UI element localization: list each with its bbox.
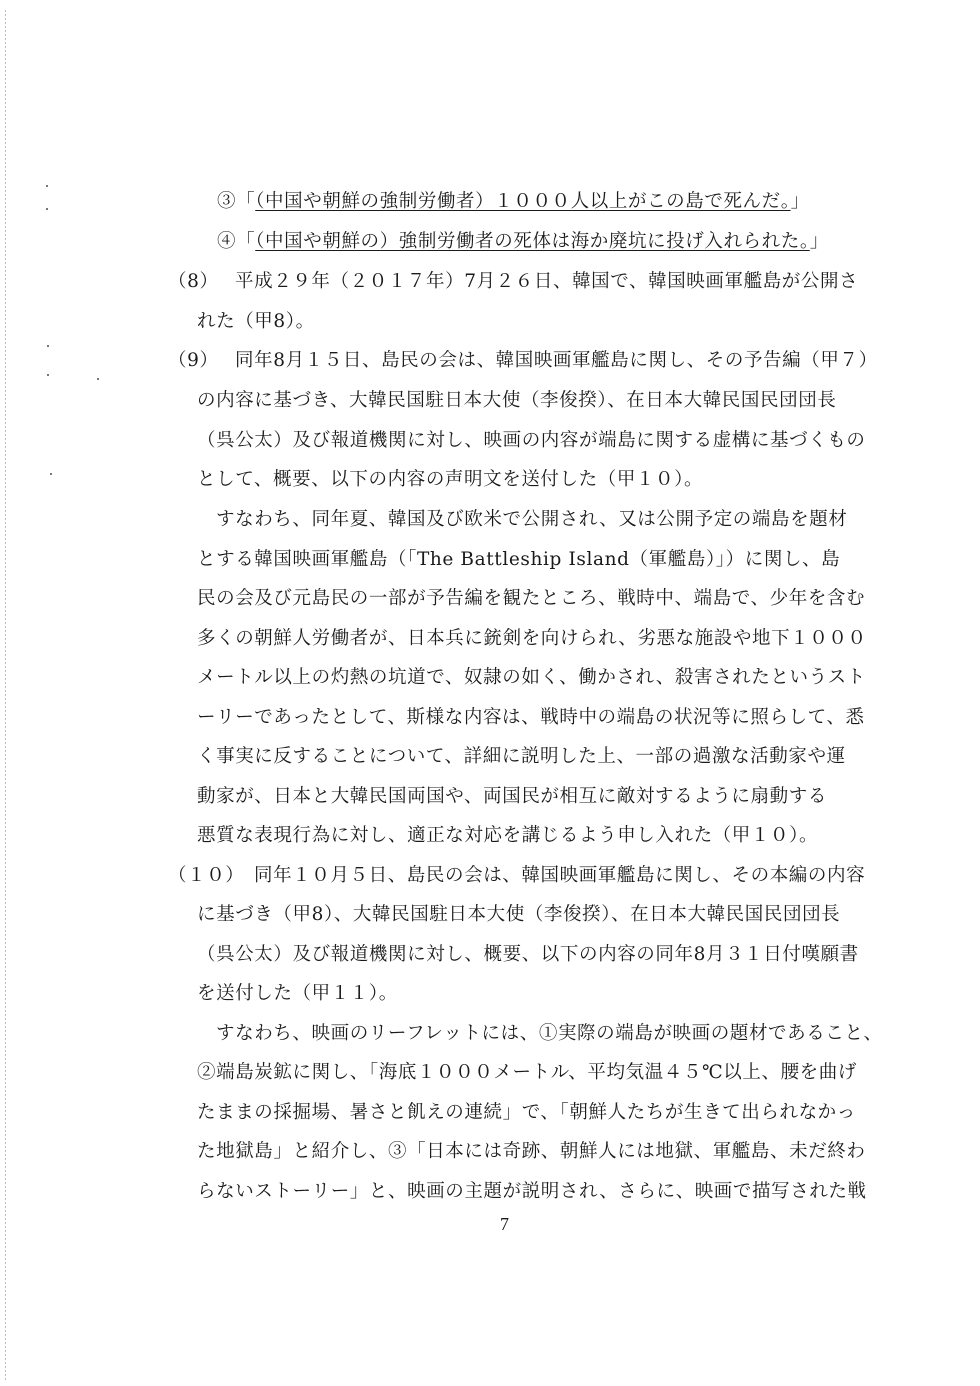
section-9-paragraph-line: とする韓国映画軍艦島（「The Battleship Island（軍艦島）」）… — [197, 548, 840, 572]
quoted-item-marker: ③「 — [217, 191, 255, 212]
section-10-line: （呉公太）及び報道機関に対し、概要、以下の内容の同年8月３１日付嘆願書 — [197, 943, 859, 967]
quoted-item-close: 」 — [791, 191, 810, 212]
quoted-item-text: （中国や朝鮮の）強制労働者の死体は海か廃坑に投げ入れられた。 — [255, 231, 810, 252]
section-10-line: を送付した（甲１１）。 — [197, 982, 398, 1006]
scan-speck — [97, 378, 99, 380]
section-10-line: 同年１０月５日、島民の会は、韓国映画軍艦島に関し、その本編の内容 — [254, 864, 865, 888]
section-9-line: （呉公太）及び報道機関に対し、映画の内容が端島に関する虚構に基づくもの — [197, 429, 866, 453]
quoted-item-3: ③「（中国や朝鮮の強制労働者）１０００人以上がこの島で死んだ。」 — [217, 190, 810, 214]
section-10-paragraph-line: ②端島炭鉱に関し、「海底１０００メートル、平均気温４５℃以上、腰を曲げ — [197, 1061, 857, 1085]
quoted-item-text: （中国や朝鮮の強制労働者）１０００人以上がこの島で死んだ。 — [255, 191, 790, 212]
section-9-line: の内容に基づき、大韓民国駐日本大使（李俊揆）、在日本大韓民国民団団長 — [197, 389, 836, 413]
section-9-paragraph-line: 民の会及び元島民の一部が予告編を観たところ、戦時中、端島で、少年を含む — [197, 587, 865, 611]
quoted-item-close: 」 — [810, 231, 829, 252]
section-9-line: として、概要、以下の内容の声明文を送付した（甲１０）。 — [197, 468, 703, 492]
document-page: ③「（中国や朝鮮の強制労働者）１０００人以上がこの島で死んだ。」 ④「（中国や朝… — [0, 0, 980, 1386]
section-10-paragraph-line: た地獄島」と紹介し、③「日本には奇跡、朝鮮人には地獄、軍艦島、未だ終わ — [197, 1140, 866, 1164]
section-9-paragraph-line: すなわち、同年夏、韓国及び欧米で公開され、又は公開予定の端島を題材 — [216, 508, 847, 532]
section-10-paragraph-line: すなわち、映画のリーフレットには、①実際の端島が映画の題材であること、 — [216, 1022, 883, 1046]
section-10-label: （１０） — [168, 864, 244, 888]
section-10-paragraph-line: らないストーリー」と、映画の主題が説明され、さらに、映画で描写された戦 — [197, 1180, 867, 1204]
section-9-label: （9） — [168, 349, 219, 373]
scan-speck — [47, 345, 49, 347]
section-8-label: （8） — [168, 270, 219, 294]
scan-speck — [46, 185, 48, 187]
section-9-paragraph-line: メートル以上の灼熱の坑道で、奴隷の如く、働かされ、殺害されたというスト — [197, 666, 866, 690]
section-9-paragraph-line: く事実に反することについて、詳細に説明した上、一部の過激な活動家や運 — [197, 745, 846, 769]
scan-speck — [46, 208, 48, 210]
section-9-line: 同年8月１５日、島民の会は、韓国映画軍艦島に関し、その予告編（甲７） — [235, 349, 878, 373]
section-9-paragraph-line: 動家が、日本と大韓民国両国や、両国民が相互に敵対するように扇動する — [197, 785, 827, 809]
page-number: 7 — [500, 1214, 509, 1235]
scan-speck — [50, 473, 52, 475]
section-10-line: に基づき（甲8）、大韓民国駐日本大使（李俊揆）、在日本大韓民国民団団長 — [197, 903, 840, 927]
section-10-paragraph-line: たままの採掘場、暑さと飢えの連続」で、「朝鮮人たちが生きて出られなかっ — [197, 1101, 856, 1125]
quoted-item-4: ④「（中国や朝鮮の）強制労働者の死体は海か廃坑に投げ入れられた。」 — [217, 230, 829, 254]
scan-speck — [47, 374, 49, 376]
section-8-line: れた（甲8）。 — [197, 310, 315, 334]
section-9-paragraph-line: 多くの朝鮮人労働者が、日本兵に銃剣を向けられ、劣悪な施設や地下１０００ — [197, 627, 867, 651]
quoted-item-marker: ④「 — [217, 231, 255, 252]
section-8-line: 平成２９年（２０１７年）7月２６日、韓国で、韓国映画軍艦島が公開さ — [235, 270, 858, 294]
section-9-paragraph-line: ーリーであったとして、斯様な内容は、戦時中の端島の状況等に照らして、悉 — [197, 706, 865, 730]
section-9-paragraph-line: 悪質な表現行為に対し、適正な対応を講じるよう申し入れた（甲１０）。 — [197, 824, 818, 848]
